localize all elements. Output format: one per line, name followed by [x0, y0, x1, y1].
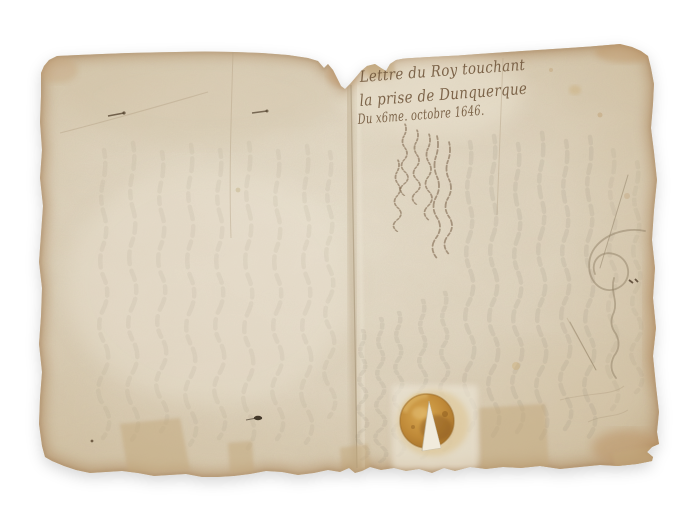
manuscript-photo: Lettre du Roy touchant la prise de Dunqu…	[0, 0, 700, 514]
manuscript-paper: Lettre du Roy touchant la prise de Dunqu…	[30, 35, 670, 485]
wax-seal	[397, 390, 469, 456]
photo-stage: Lettre du Roy touchant la prise de Dunqu…	[0, 0, 700, 514]
